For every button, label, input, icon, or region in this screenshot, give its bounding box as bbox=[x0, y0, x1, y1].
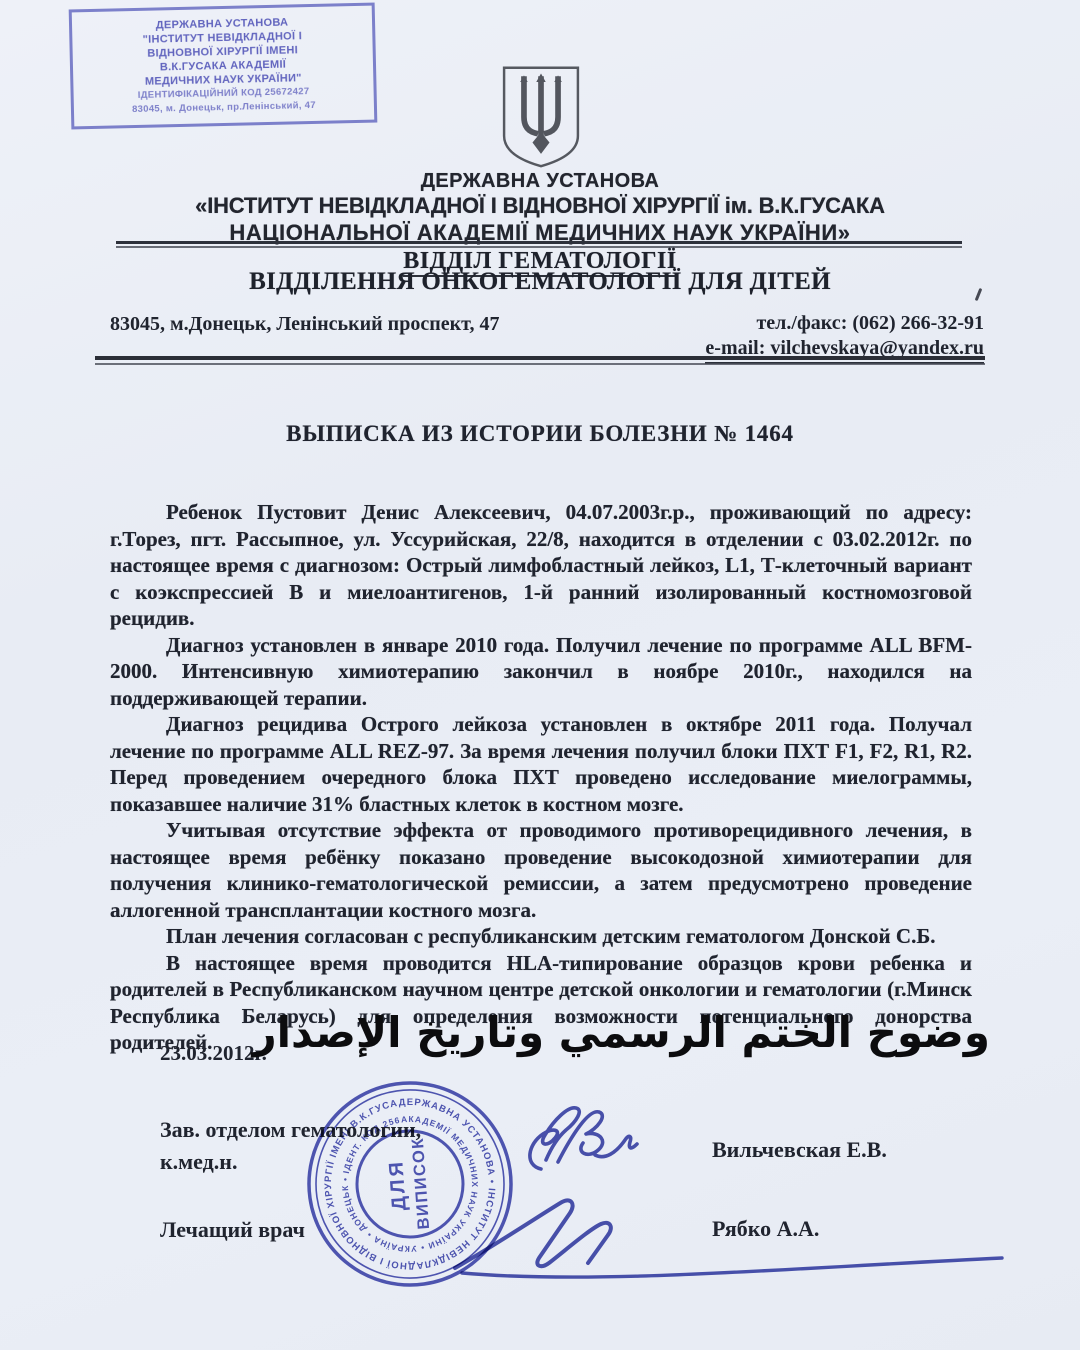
phone-fax: тел./факс: (062) 266-32-91 bbox=[705, 311, 984, 336]
body-paragraph: Учитывая отсутствие эффекта от проводимо… bbox=[110, 817, 972, 923]
ukraine-trident-emblem-icon bbox=[494, 64, 588, 170]
header-divider-thick bbox=[95, 356, 985, 360]
stamp-center-line1: ДЛЯ bbox=[385, 1158, 411, 1211]
signer2-name: Рябко А.А. bbox=[712, 1216, 819, 1242]
institution-corner-stamp: ДЕРЖАВНА УСТАНОВА "ІНСТИТУТ НЕВІДКЛАДНОЇ… bbox=[69, 3, 378, 130]
body-paragraph: Ребенок Пустовит Денис Алексеевич, 04.07… bbox=[110, 499, 972, 632]
signer1-role-line2: к.мед.н. bbox=[160, 1149, 237, 1175]
signature-vilchevskaya-loop bbox=[558, 1112, 637, 1162]
org-name-line: «ІНСТИТУТ НЕВІДКЛАДНОЇ І ВІДНОВНОЇ ХІРУР… bbox=[0, 193, 1080, 219]
body-paragraph: Диагноз установлен в январе 2010 года. П… bbox=[110, 632, 972, 712]
postal-address: 83045, м.Донецьк, Ленінський проспект, 4… bbox=[110, 313, 499, 336]
scanned-medical-document: ДЕРЖАВНА УСТАНОВА "ІНСТИТУТ НЕВІДКЛАДНОЇ… bbox=[0, 0, 1080, 1350]
document-title: ВЫПИСКА ИЗ ИСТОРИИ БОЛЕЗНИ № 1464 bbox=[0, 421, 1080, 447]
header-divider-thin bbox=[95, 363, 985, 365]
round-official-stamp: ДЕРЖАВНА УСТАНОВА • ІНСТИТУТ НЕВІДКЛАДНО… bbox=[236, 1010, 584, 1350]
document-body: Ребенок Пустовит Денис Алексеевич, 04.07… bbox=[110, 499, 972, 1056]
signer1-name: Вильчевская Е.В. bbox=[712, 1137, 887, 1163]
body-paragraph: Диагноз рецидива Острого лейкоза установ… bbox=[110, 711, 972, 817]
letterhead-rule-thick bbox=[116, 241, 962, 244]
body-paragraph: План лечения согласован с республикански… bbox=[110, 923, 972, 950]
stamp-center-line2: ВИПИСОК bbox=[409, 1137, 433, 1230]
unit-line: ВІДДІЛЕННЯ ОНКОГЕМАТОЛОГІЇ ДЛЯ ДІТЕЙ bbox=[0, 268, 1080, 296]
org-type-line: ДЕРЖАВНА УСТАНОВА bbox=[0, 170, 1080, 193]
arabic-annotation: وضوح الختم الرسمي وتاريخ الإصدار bbox=[252, 1008, 990, 1057]
